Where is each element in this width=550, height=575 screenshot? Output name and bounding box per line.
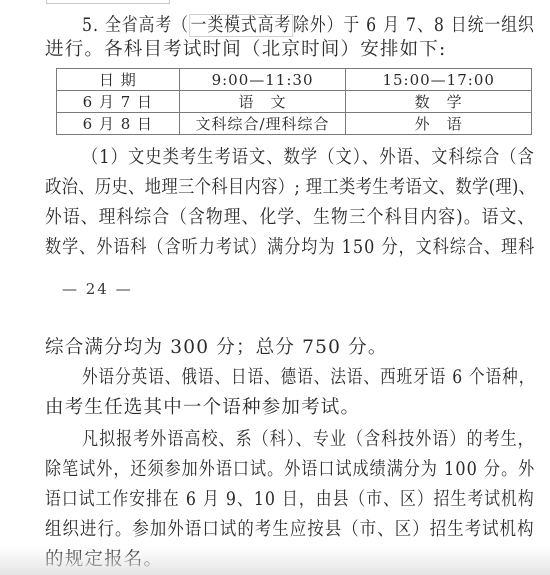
page2-line: 外语分英语、俄语、日语、德语、法语、西班牙语 6 个语种， — [82, 366, 535, 390]
paragraph1-line: （1）文史类考生考语文、数学（文）、外语、文科综合（含 — [82, 146, 535, 170]
page2-line: 综合满分均为 300 分；总分 750 分。 — [45, 336, 388, 360]
cell-afternoon: 数 学 — [346, 91, 532, 113]
highlighted-term: 一类模式高考 — [189, 14, 293, 37]
paragraph1-line: 数学、外语科（含听力考试）满分均为 150 分，文科综合、理科 — [45, 236, 535, 260]
header-afternoon: 15:00—17:00 — [346, 69, 532, 91]
table-row: 6 月 8 日 文科综合/理科综合 外 语 — [57, 113, 532, 135]
page-number: — 24 — — [62, 280, 133, 298]
table-header-row: 日 期 9:00—11:30 15:00—17:00 — [57, 69, 532, 91]
section5-line1: 5. 全省高考（一类模式高考除外）于 6 月 7、8 日统一组织 — [82, 14, 535, 38]
section5-line2: 进行。各科目考试时间（北京时间）安排如下: — [45, 38, 446, 62]
exam-schedule-table: 日 期 9:00—11:30 15:00—17:00 6 月 7 日 语 文 数… — [56, 68, 532, 135]
section5-line1-post: 除外）于 6 月 7、8 日统一组织 — [293, 15, 535, 36]
page2-line: 由考生任选其中一个语种参加考试。 — [45, 396, 360, 420]
cell-date: 6 月 8 日 — [57, 113, 180, 135]
section5-line1-pre: 5. 全省高考（ — [82, 15, 189, 36]
clipped-previous-box — [46, 0, 170, 4]
table-row: 6 月 7 日 语 文 数 学 — [57, 91, 532, 113]
header-date: 日 期 — [57, 69, 180, 91]
page2-line: 除笔试外，还须参加外语口试。外语口试成绩满分为 100 分。外 — [45, 458, 535, 482]
page2-line: 组织进行。参加外语口试的考生应按县（市、区）招生考试机构 — [45, 518, 535, 542]
cell-morning: 文科综合/理科综合 — [179, 113, 346, 135]
cell-morning: 语 文 — [179, 91, 346, 113]
page2-line: 语口试工作安排在 6 月 9、10 日，由县（市、区）招生考试机构 — [45, 488, 535, 512]
paragraph1-line: 政治、历史、地理三个科目内容）; 理工类考生考语文、数学(理)、 — [45, 176, 535, 200]
bottom-shadow — [0, 547, 550, 575]
header-morning: 9:00—11:30 — [179, 69, 346, 91]
page2-line: 凡拟报考外语高校、系（科）、专业（含科技外语）的考生， — [82, 428, 535, 452]
cell-afternoon: 外 语 — [346, 113, 532, 135]
cell-date: 6 月 7 日 — [57, 91, 180, 113]
paragraph1-line: 外语、理科综合（含物理、化学、生物三个科目内容)。语文、 — [45, 206, 535, 230]
